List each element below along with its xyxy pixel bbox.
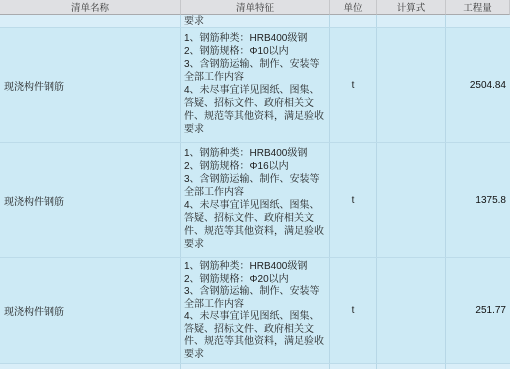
formula-cell[interactable]: [377, 364, 446, 369]
formula-cell[interactable]: [377, 143, 446, 257]
quantity-cell[interactable]: [446, 364, 510, 369]
unit-cell[interactable]: [330, 15, 377, 27]
unit-cell[interactable]: t: [330, 258, 377, 363]
list-name-cell[interactable]: 现浇构件钢筋: [0, 258, 181, 363]
column-header-formula: 计算式: [377, 0, 446, 15]
unit-cell[interactable]: t: [330, 28, 377, 142]
list-name-cell[interactable]: 现浇构件钢筋: [0, 143, 181, 257]
formula-cell[interactable]: [377, 28, 446, 142]
column-header-quantity: 工程量: [446, 0, 510, 15]
list-name-cell[interactable]: 现浇构件钢筋: [0, 28, 181, 142]
feature-cell[interactable]: [181, 364, 330, 369]
unit-cell[interactable]: [330, 364, 377, 369]
formula-cell[interactable]: [377, 258, 446, 363]
bill-of-quantities-table: 清单名称 清单特征 单位 计算式 工程量 要求 现浇构件钢筋 1、钢筋种类：HR…: [0, 0, 510, 369]
table-row: 现浇构件钢筋 1、钢筋种类：HRB400级钢 2、钢筋规格：Φ16以内 3、含钢…: [0, 143, 510, 258]
table-row: 现浇构件钢筋 1、钢筋种类：HRB400级钢 2、钢筋规格：Φ10以内 3、含钢…: [0, 28, 510, 143]
list-name-cell[interactable]: [0, 15, 181, 27]
table-row-partial-bottom: [0, 364, 510, 369]
unit-cell[interactable]: t: [330, 143, 377, 257]
column-header-list-name: 清单名称: [0, 0, 181, 15]
table-header-row: 清单名称 清单特征 单位 计算式 工程量: [0, 0, 510, 15]
quantity-cell[interactable]: [446, 15, 510, 27]
feature-cell[interactable]: 1、钢筋种类：HRB400级钢 2、钢筋规格：Φ10以内 3、含钢筋运输、制作、…: [181, 28, 330, 142]
quantity-cell[interactable]: 2504.84: [446, 28, 510, 142]
feature-cell[interactable]: 1、钢筋种类：HRB400级钢 2、钢筋规格：Φ16以内 3、含钢筋运输、制作、…: [181, 143, 330, 257]
table-row: 现浇构件钢筋 1、钢筋种类：HRB400级钢 2、钢筋规格：Φ20以内 3、含钢…: [0, 258, 510, 364]
quantity-cell[interactable]: 251.77: [446, 258, 510, 363]
column-header-list-feature: 清单特征: [181, 0, 330, 15]
feature-cell[interactable]: 1、钢筋种类：HRB400级钢 2、钢筋规格：Φ20以内 3、含钢筋运输、制作、…: [181, 258, 330, 363]
feature-cell[interactable]: 要求: [181, 15, 330, 27]
formula-cell[interactable]: [377, 15, 446, 27]
quantity-cell[interactable]: 1375.8: [446, 143, 510, 257]
list-name-cell[interactable]: [0, 364, 181, 369]
column-header-unit: 单位: [330, 0, 377, 15]
table-row-partial-top: 要求: [0, 15, 510, 28]
